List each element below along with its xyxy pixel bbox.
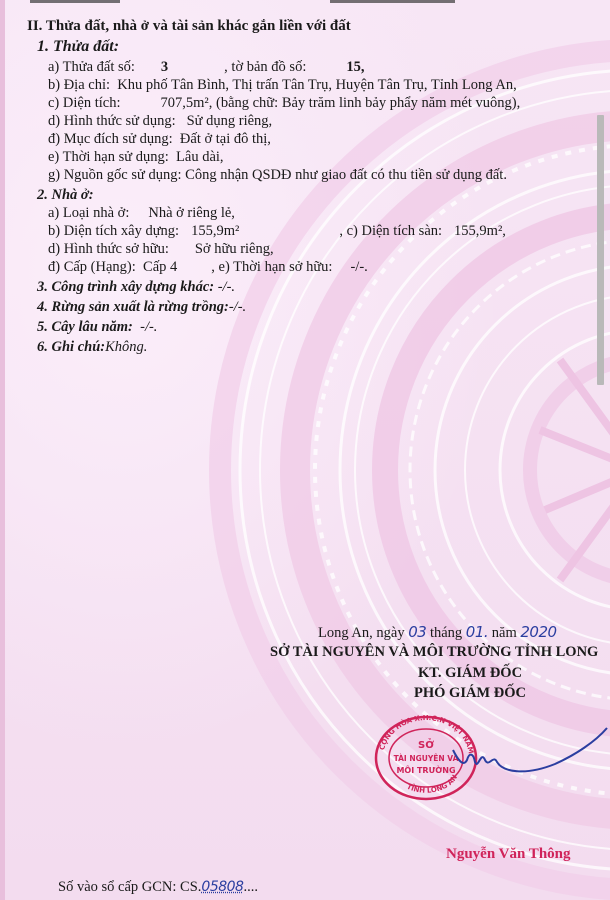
ownership-row: d) Hình thức sở hữu:Sở hữu riêng, <box>48 240 274 258</box>
floor-area-label: , c) Diện tích sàn: <box>339 223 442 239</box>
house-type-value: Nhà ở riêng lẻ, <box>148 205 235 221</box>
origin-row: g) Nguồn gốc sử dụng: Công nhận QSDĐ như… <box>48 166 507 184</box>
map-sheet-number: 15, <box>346 59 364 75</box>
area-row: c) Diện tích:707,5m², (bằng chữ: Bảy tră… <box>48 94 520 112</box>
address-row: b) Địa chỉ: Khu phố Tân Bình, Thị trấn T… <box>48 76 517 94</box>
note-row: 6. Ghi chú:Không. <box>37 338 147 356</box>
area-label: c) Diện tích: <box>48 95 120 111</box>
other-works-value: -/-. <box>218 279 235 295</box>
date-year: 2020 <box>520 623 556 641</box>
forest-row: 4. Rừng sản xuất là rừng trồng:-/-. <box>37 298 246 316</box>
house-heading: 2. Nhà ở: <box>37 186 94 204</box>
position-title: PHÓ GIÁM ĐỐC <box>414 684 526 702</box>
perennial-value: -/-. <box>140 319 157 335</box>
map-sheet-label: , tờ bản đồ số: <box>224 59 306 75</box>
perennial-label: 5. Cây lâu năm: <box>37 319 133 335</box>
house-type-row: a) Loại nhà ở:Nhà ở riêng lẻ, <box>48 204 235 222</box>
grade-value: Cấp 4 <box>143 259 177 275</box>
purpose-label: đ) Mục đích sử dụng: <box>48 131 173 147</box>
address-value: Khu phố Tân Bình, Thị trấn Tân Trụ, Huyệ… <box>117 77 516 93</box>
issuing-agency: SỞ TÀI NGUYÊN VÀ MÔI TRƯỜNG TỈNH LONG <box>270 643 598 661</box>
seal-line-1: SỞ <box>418 737 434 751</box>
term-label: e) Thời hạn sử dụng: <box>48 149 169 165</box>
certificate-page: II. Thửa đất, nhà ở và tài sản khác gắn … <box>0 0 610 900</box>
parcel-label: a) Thửa đất số: <box>48 59 135 75</box>
month-label: tháng <box>430 625 462 641</box>
grade-label: đ) Cấp (Hạng): <box>48 259 136 275</box>
own-term-label: , e) Thời hạn sở hữu: <box>211 259 332 275</box>
grade-row: đ) Cấp (Hạng): Cấp 4, e) Thời hạn sở hữu… <box>48 258 368 276</box>
note-label: 6. Ghi chú: <box>37 339 105 355</box>
place-prefix: Long An, ngày <box>318 625 405 641</box>
handwritten-signature <box>445 720 610 790</box>
section-title: II. Thửa đất, nhà ở và tài sản khác gắn … <box>27 17 351 35</box>
built-area-value: 155,9m² <box>191 223 239 239</box>
perennial-row: 5. Cây lâu năm: -/-. <box>37 318 157 336</box>
forest-label: 4. Rừng sản xuất là rừng trồng: <box>37 299 229 315</box>
other-works-label: 3. Công trình xây dựng khác: <box>37 279 214 295</box>
origin-value: Công nhận QSDĐ như giao đất có thu tiền … <box>185 167 507 183</box>
parcel-row: a) Thửa đất số:3, tờ bản đồ số:15, <box>48 58 364 76</box>
year-label: năm <box>492 625 517 641</box>
use-form-row: d) Hình thức sử dụng: Sử dụng riêng, <box>48 112 272 130</box>
other-works-row: 3. Công trình xây dựng khác: -/-. <box>37 278 235 296</box>
registry-number: 05808 <box>201 879 243 895</box>
use-form-value: Sử dụng riêng, <box>187 113 273 129</box>
term-value: Lâu dài, <box>176 149 224 165</box>
area-value: 707,5m², (bằng chữ: Bảy trăm linh bảy ph… <box>160 95 520 111</box>
origin-label: g) Nguồn gốc sử dụng: <box>48 167 182 183</box>
signer-name: Nguyễn Văn Thông <box>446 845 571 863</box>
ownership-label: d) Hình thức sở hữu: <box>48 241 169 257</box>
note-value: Không. <box>105 339 147 355</box>
floor-area-value: 155,9m², <box>454 223 506 239</box>
own-term-value: -/-. <box>350 259 367 275</box>
use-form-label: d) Hình thức sử dụng: <box>48 113 176 129</box>
registry-row: Số vào sổ cấp GCN: CS.05808.... <box>58 878 258 896</box>
house-type-label: a) Loại nhà ở: <box>48 205 129 221</box>
date-month: 01. <box>466 623 488 641</box>
on-behalf-title: KT. GIÁM ĐỐC <box>418 664 522 682</box>
land-heading: 1. Thửa đất: <box>37 38 119 56</box>
registry-trail: .... <box>243 879 258 895</box>
registry-label: Số vào sổ cấp GCN: CS. <box>58 879 201 895</box>
purpose-row: đ) Mục đích sử dụng: Đất ở tại đô thị, <box>48 130 271 148</box>
parcel-number: 3 <box>161 59 168 75</box>
date-day: 03 <box>408 623 426 641</box>
house-area-row: b) Diện tích xây dựng:155,9m², c) Diện t… <box>48 222 506 240</box>
date-line: Long An, ngày 03 tháng 01. năm 2020 <box>318 623 557 642</box>
built-area-label: b) Diện tích xây dựng: <box>48 223 179 239</box>
forest-value: -/-. <box>229 299 246 315</box>
address-label: b) Địa chỉ: <box>48 77 110 93</box>
term-row: e) Thời hạn sử dụng: Lâu dài, <box>48 148 224 166</box>
vertical-scrollbar[interactable] <box>597 115 604 385</box>
ownership-value: Sở hữu riêng, <box>195 241 274 257</box>
purpose-value: Đất ở tại đô thị, <box>180 131 271 147</box>
